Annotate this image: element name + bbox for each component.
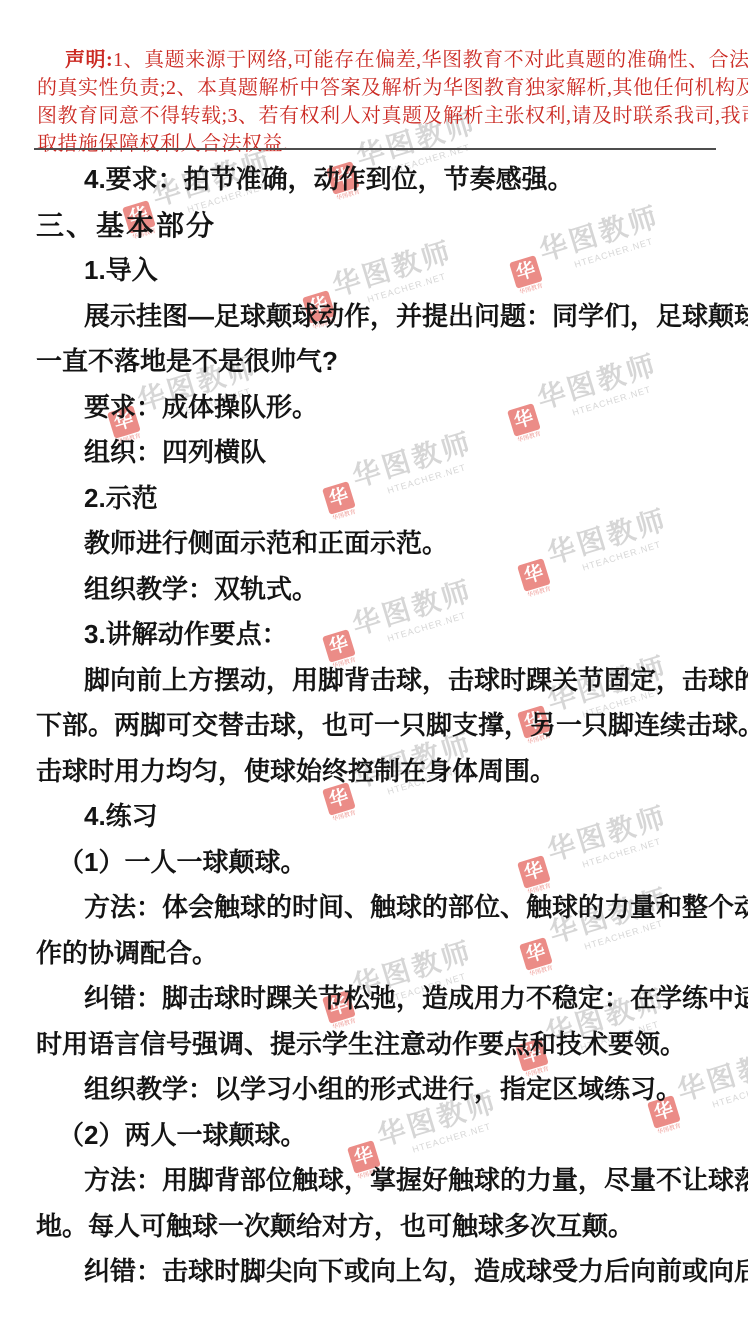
- disclaimer-line: 声明:1、真题来源于网络,可能存在偏差,华图教育不对此真题的准确性、合法性以及内…: [37, 46, 715, 74]
- text-line: 纠错：击球时脚尖向下或向上勾，造成球受力后向前或向后: [36, 1249, 716, 1295]
- text-line: 组织：四列横队: [36, 430, 716, 476]
- text-line: 纠错：脚击球时踝关节松弛，造成用力不稳定：在学练中适: [36, 976, 716, 1022]
- text-line: （2）两人一球颠球。: [36, 1113, 716, 1159]
- disclaimer-notice: 声明:1、真题来源于网络,可能存在偏差,华图教育不对此真题的准确性、合法性以及内…: [37, 46, 715, 158]
- text-line: 组织教学：双轨式。: [36, 567, 716, 613]
- lesson-plan-body: 4.要求：拍节准确，动作到位，节奏感强。三、基本部分1.导入展示挂图—足球颠球动…: [36, 157, 716, 1295]
- text-line: 脚向前上方摆动，用脚背击球，击球时踝关节固定，击球的: [36, 658, 716, 704]
- text-line: 地。每人可触球一次颠给对方，也可触球多次互颠。: [36, 1204, 716, 1250]
- disclaimer-text: 1、真题来源于网络,可能存在偏差,华图教育不对此真题的准确性、合法性以及内容: [113, 49, 748, 71]
- watermark-domain-text: HTEACHER.NET: [711, 1076, 748, 1110]
- text-line: 下部。两脚可交替击球，也可一只脚支撑，另一只脚连续击球。: [36, 703, 716, 749]
- text-line: 组织教学：以学习小组的形式进行，指定区域练习。: [36, 1067, 716, 1113]
- text-line: 4.练习: [36, 794, 716, 840]
- text-line: 时用语言信号强调、提示学生注意动作要点和技术要领。: [36, 1022, 716, 1068]
- text-line: 方法：用脚背部位触球，掌握好触球的力量，尽量不让球落: [36, 1158, 716, 1204]
- disclaimer-line: 取措施保障权利人合法权益.: [37, 130, 715, 158]
- disclaimer-line: 图教育同意不得转载;3、若有权利人对真题及解析主张权利,请及时联系我司,我司将依…: [37, 102, 715, 130]
- disclaimer-line: 的真实性负责;2、本真题解析中答案及解析为华图教育独家解析,其他任何机构及个人未…: [37, 74, 715, 102]
- text-line: 一直不落地是不是很帅气?: [36, 339, 716, 385]
- section-heading: 三、基本部分: [36, 203, 716, 249]
- disclaimer-label: 声明:: [65, 49, 113, 71]
- text-line: 要求：成体操队形。: [36, 385, 716, 431]
- text-line: （1）一人一球颠球。: [36, 840, 716, 886]
- document-page: 华华图教育华图教师HTEACHER.NET华华图教育华图教师HTEACHER.N…: [0, 0, 748, 1335]
- text-line: 4.要求：拍节准确，动作到位，节奏感强。: [36, 157, 716, 203]
- text-line: 教师进行侧面示范和正面示范。: [36, 521, 716, 567]
- text-line: 3.讲解动作要点：: [36, 612, 716, 658]
- text-line: 1.导入: [36, 248, 716, 294]
- text-line: 击球时用力均匀，使球始终控制在身体周围。: [36, 749, 716, 795]
- text-line: 展示挂图—足球颠球动作，并提出问题：同学们，足球颠球: [36, 294, 716, 340]
- divider-rule: [34, 148, 716, 150]
- text-line: 方法：体会触球的时间、触球的部位、触球的力量和整个动: [36, 885, 716, 931]
- text-line: 作的协调配合。: [36, 931, 716, 977]
- text-line: 2.示范: [36, 476, 716, 522]
